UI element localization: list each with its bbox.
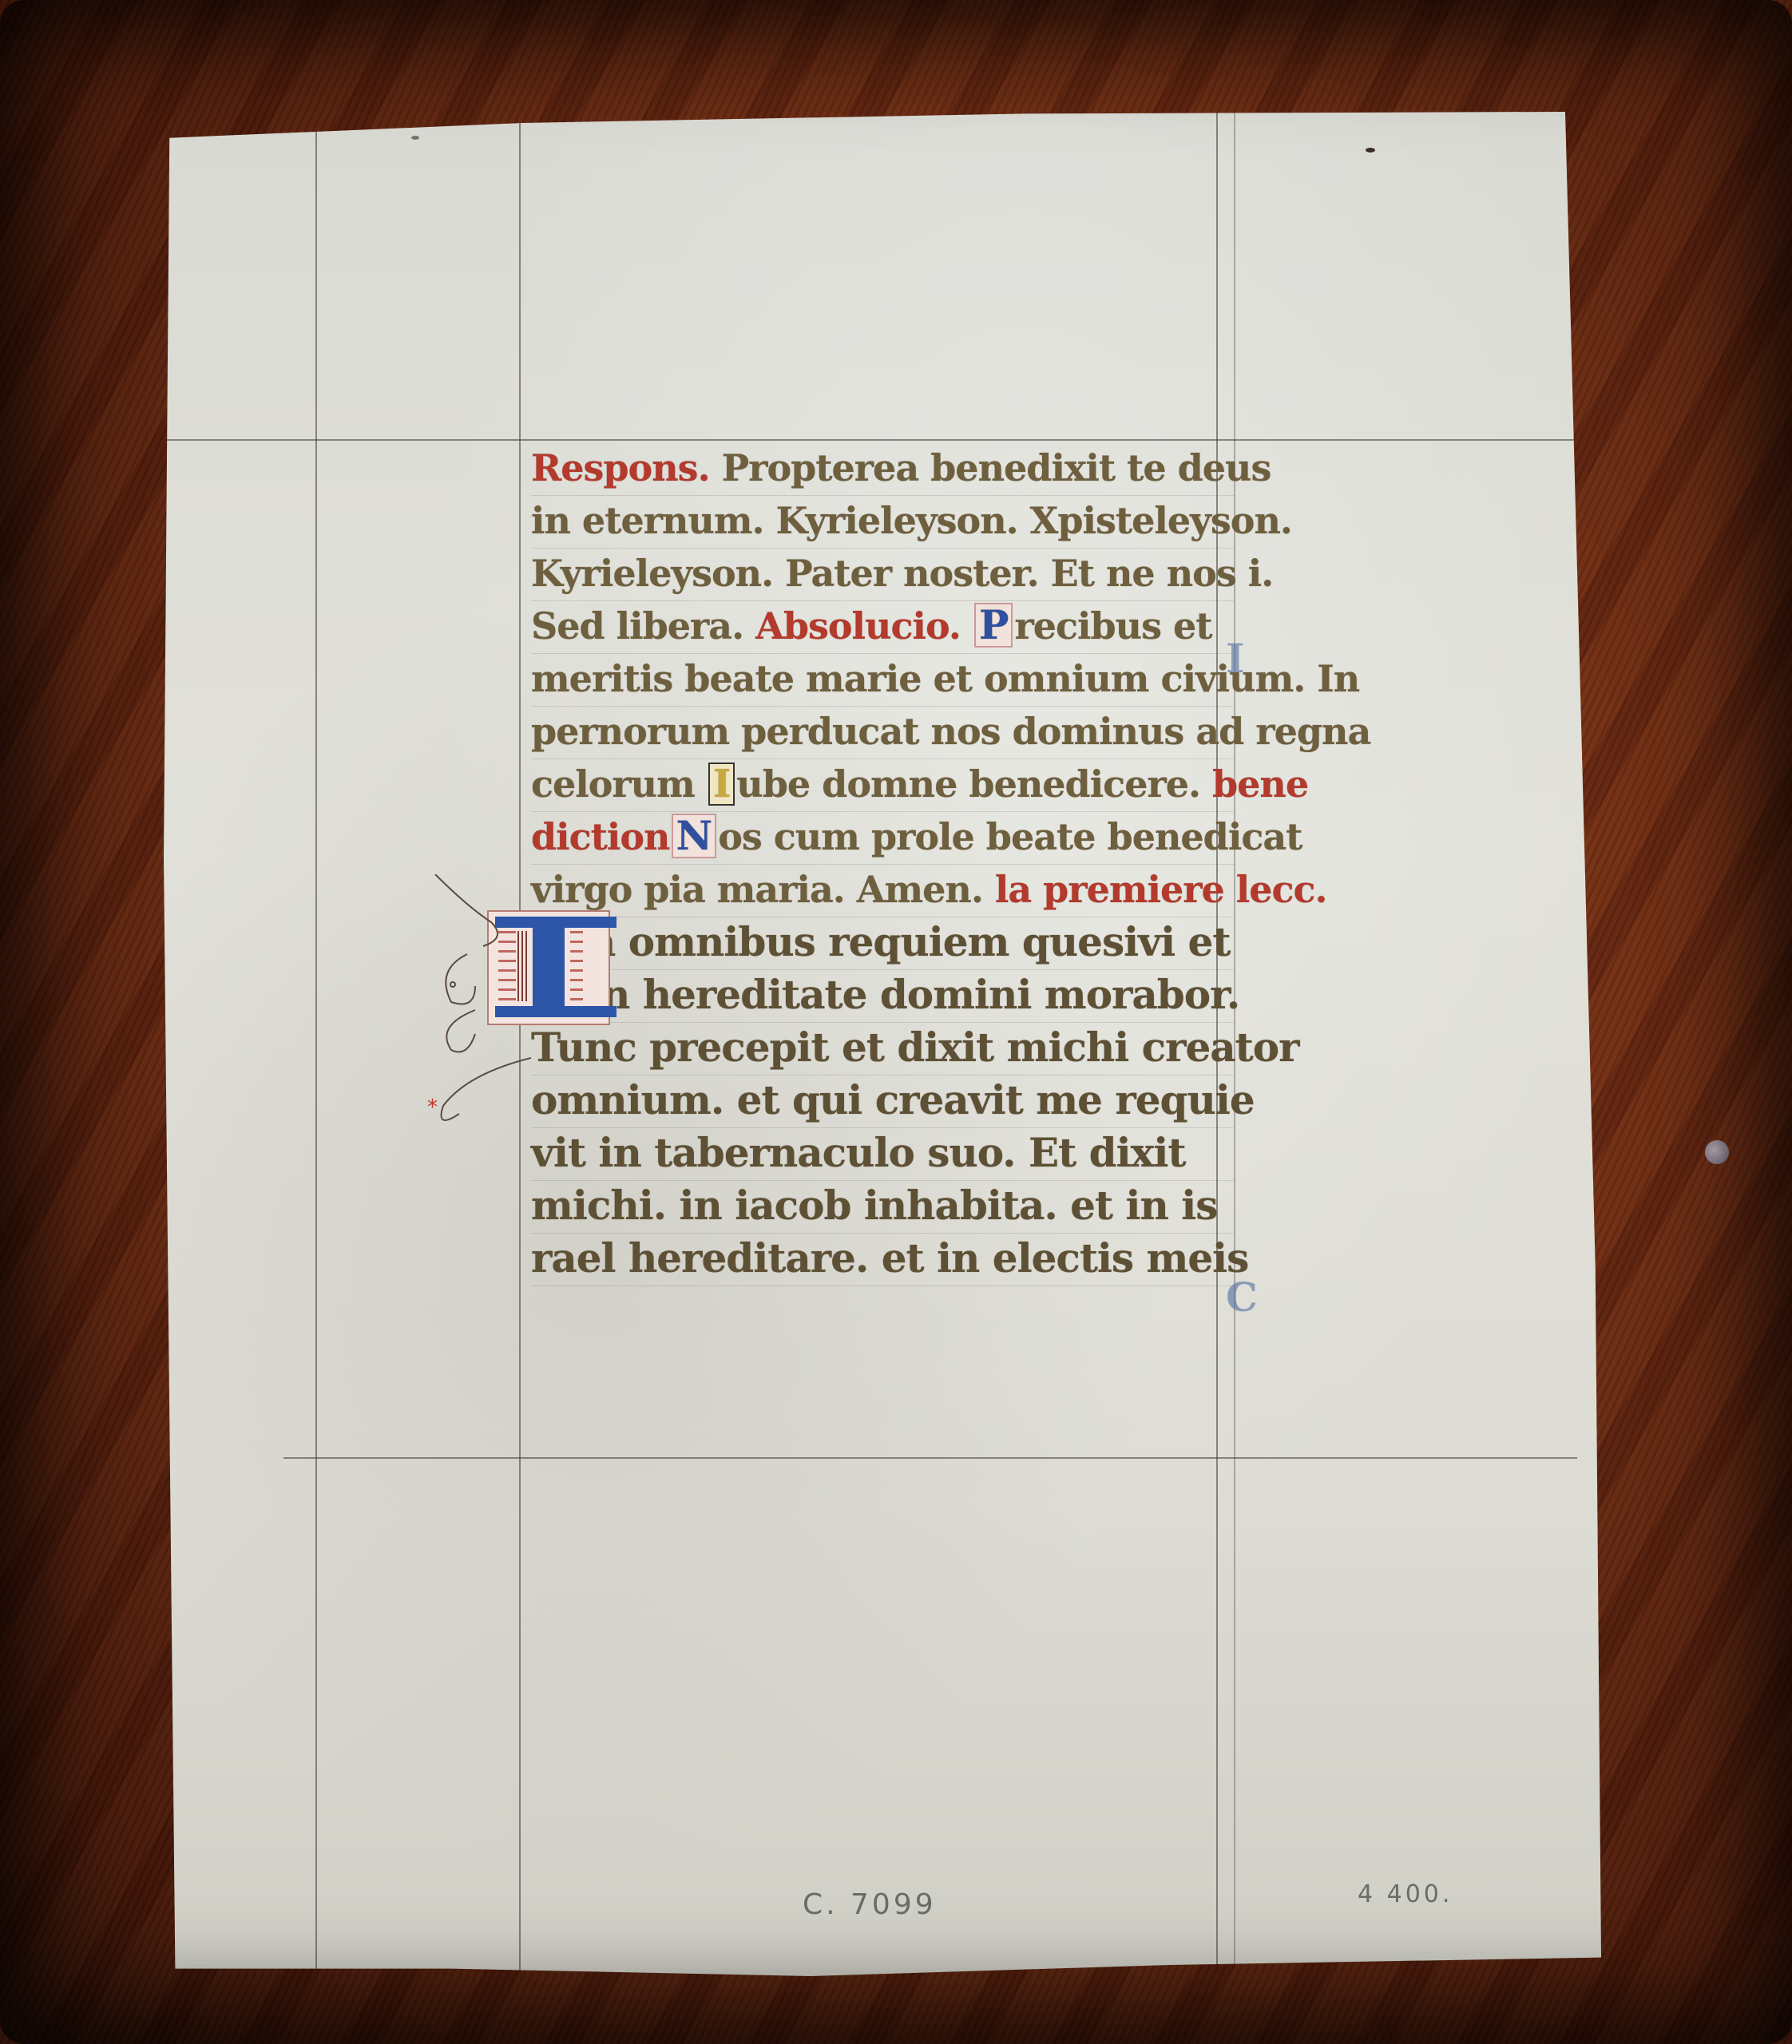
line-text: Tunc precepit et dixit michi creator bbox=[531, 1024, 1298, 1071]
text-line-8: dictionNos cum prole beate benedicat bbox=[531, 812, 1234, 865]
ruling-top bbox=[164, 439, 1585, 441]
ink-speck bbox=[411, 136, 419, 140]
line-text: pernorum perducat nos dominus ad regna bbox=[531, 710, 1370, 753]
line-text: recibus et bbox=[1014, 604, 1211, 648]
text-line-2: in eternum. Kyrieleyson. Xpisteleyson. bbox=[531, 496, 1234, 549]
ruling-left-outer bbox=[315, 112, 317, 1976]
rubric-after: la premiere lecc. bbox=[995, 868, 1327, 911]
manuscript-leaf: Respons. Propterea benedixit te deus in … bbox=[164, 112, 1601, 1976]
line-text: virgo pia maria. Amen. bbox=[531, 868, 983, 911]
rubric: diction bbox=[531, 815, 670, 858]
pen-flourish-icon: * bbox=[419, 874, 531, 1130]
decorated-initial-n: N bbox=[672, 814, 717, 858]
text-line-12: Tunc precepit et dixit michi creator bbox=[531, 1023, 1234, 1075]
line-text: rael hereditare. et in electis meis bbox=[531, 1234, 1248, 1281]
marginal-initial-i: I bbox=[1226, 635, 1244, 682]
text-line-14: vit in tabernaculo suo. Et dixit bbox=[531, 1128, 1234, 1181]
line-text: vit in tabernaculo suo. Et dixit bbox=[531, 1129, 1185, 1176]
line-text: michi. in iacob inhabita. et in is bbox=[531, 1182, 1217, 1229]
text-line-6: pernorum perducat nos dominus ad regna bbox=[531, 707, 1234, 759]
decorated-initial-p: P bbox=[974, 603, 1013, 648]
rubric-after: bene bbox=[1212, 763, 1308, 806]
line-text: in eternum. Kyrieleyson. Xpisteleyson. bbox=[531, 499, 1292, 542]
text-line-9: virgo pia maria. Amen. la premiere lecc. bbox=[531, 865, 1234, 917]
line-text: n omnibus requiem quesivi et bbox=[587, 918, 1230, 965]
table-nail-head bbox=[1705, 1140, 1729, 1164]
line-text-before: celorum bbox=[531, 763, 695, 806]
price-annotation: 4 400. bbox=[1358, 1880, 1453, 1908]
line-text: ube domne benedicere. bbox=[736, 763, 1200, 806]
shelfmark-annotation: C. 7099 bbox=[803, 1888, 937, 1921]
text-line-16: rael hereditare. et in electis meis bbox=[531, 1234, 1234, 1286]
line-text-before: Sed libera. bbox=[531, 604, 743, 648]
text-line-13: omnium. et qui creavit me requie bbox=[531, 1075, 1234, 1128]
line-text: Propterea benedixit te deus bbox=[722, 446, 1271, 489]
marginal-initial-c: C bbox=[1226, 1274, 1258, 1321]
ink-speck bbox=[1366, 148, 1375, 153]
gilded-initial-i: I bbox=[708, 763, 735, 806]
ruling-bottom bbox=[283, 1457, 1577, 1459]
text-line-3: Kyrieleyson. Pater noster. Et ne nos i. bbox=[531, 549, 1234, 601]
text-line-10: n omnibus requiem quesivi et bbox=[531, 917, 1234, 970]
line-text: omnium. et qui creavit me requie bbox=[531, 1076, 1255, 1123]
line-text: Kyrieleyson. Pater noster. Et ne nos i. bbox=[531, 552, 1273, 595]
line-text: os cum prole beate benedicat bbox=[718, 815, 1302, 858]
text-line-11: in hereditate domini morabor. bbox=[531, 970, 1234, 1023]
text-line-1: Respons. Propterea benedixit te deus bbox=[531, 443, 1234, 496]
line-text: in hereditate domini morabor. bbox=[587, 971, 1239, 1018]
svg-text:*: * bbox=[427, 1095, 438, 1119]
rubric: Absolucio. bbox=[755, 604, 961, 648]
text-block: Respons. Propterea benedixit te deus in … bbox=[531, 443, 1234, 1286]
text-line-4: Sed libera. Absolucio. Precibus et bbox=[531, 601, 1234, 654]
rubric: Respons. bbox=[531, 446, 710, 489]
text-line-5: meritis beate marie et omnium civium. In bbox=[531, 654, 1234, 707]
text-line-15: michi. in iacob inhabita. et in is bbox=[531, 1181, 1234, 1234]
text-line-7: celorum Iube domne benedicere. bene bbox=[531, 759, 1234, 812]
